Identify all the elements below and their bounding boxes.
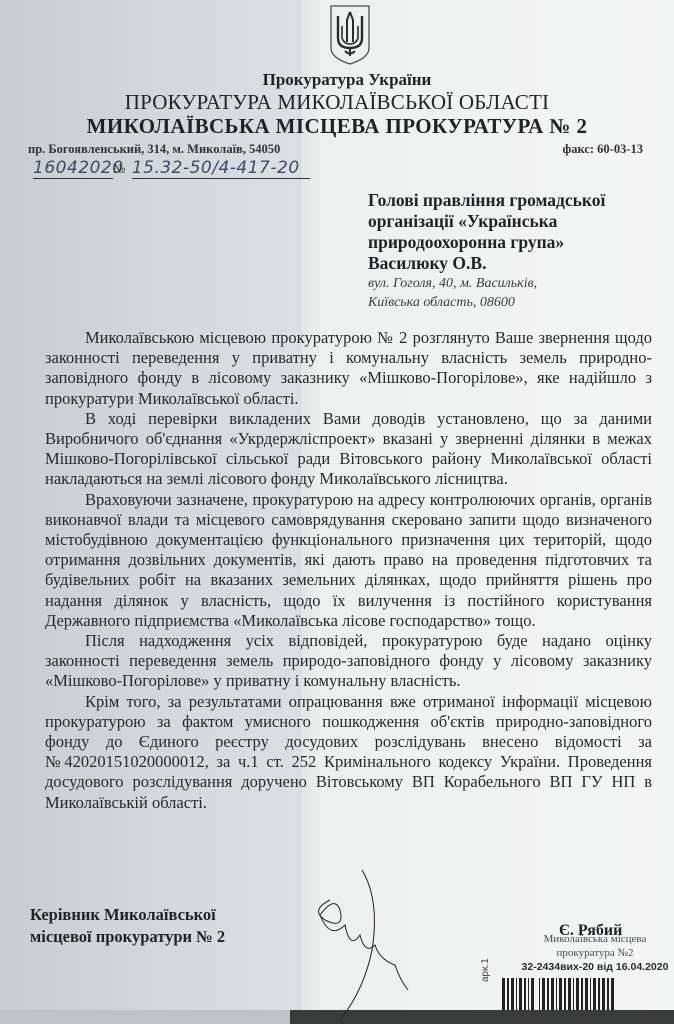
recipient-line: Голові правління громадської <box>368 190 668 211</box>
signatory-title: Керівник Миколаївської місцевої прокурат… <box>30 904 225 948</box>
sheet-label: арк.1 <box>480 958 491 982</box>
registration-stamp: Миколаївська місцева прокуратура №2 32-2… <box>520 932 670 973</box>
body-paragraph: Після надходження усіх відповідей, проку… <box>45 631 652 692</box>
header-line-2: ПРОКУРАТУРА МИКОЛАЇВСЬКОЇ ОБЛАСТІ <box>0 90 674 115</box>
handwritten-signature <box>300 870 440 1020</box>
recipient-name: Василюку О.В. <box>368 253 668 274</box>
recipient-line: організації «Українська <box>368 211 668 232</box>
trident-coat-of-arms-icon <box>329 4 371 66</box>
registration-line: 16042020№ 15.32-50/4-417-20 <box>33 158 310 179</box>
header-line-1: Прокуратура України <box>0 70 674 90</box>
signatory-title-line: Керівник Миколаївської <box>30 904 225 926</box>
body-paragraph: Крім того, за результатами опрацювання в… <box>45 692 652 813</box>
number-sign: № <box>113 161 126 176</box>
stamp-org: Миколаївська місцева <box>520 932 670 946</box>
body-paragraph: Враховуючи зазначене, прокуратурою на ад… <box>45 490 652 631</box>
header-line-3: МИКОЛАЇВСЬКА МІСЦЕВА ПРОКУРАТУРА № 2 <box>0 114 674 139</box>
body-paragraph: Миколаївською місцевою прокуратурою № 2 … <box>45 328 652 409</box>
recipient-address: Київська область, 08600 <box>368 293 668 312</box>
background-surface <box>0 1010 290 1024</box>
barcode <box>502 978 652 1010</box>
body-paragraph: В ході перевірки викладених Вами доводів… <box>45 409 652 490</box>
recipient-address: вул. Гоголя, 40, м. Васильків, <box>368 274 668 293</box>
recipient-line: природоохоронна група» <box>368 232 668 253</box>
letter-body: Миколаївською місцевою прокуратурою № 2 … <box>45 328 652 813</box>
recipient-block: Голові правління громадської організації… <box>368 190 668 312</box>
sender-fax: факс: 60-03-13 <box>563 142 643 157</box>
registration-number: 15.32-50/4-417-20 <box>132 158 310 179</box>
stamp-registration: 32-2434вих-20 від 16.04.2020 <box>520 961 670 973</box>
registration-date: 16042020 <box>33 158 113 179</box>
stamp-org: прокуратура №2 <box>520 946 670 960</box>
sender-address: пр. Богоявленський, 314, м. Миколаїв, 54… <box>28 142 280 157</box>
signatory-title-line: місцевої прокуратури № 2 <box>30 926 225 948</box>
